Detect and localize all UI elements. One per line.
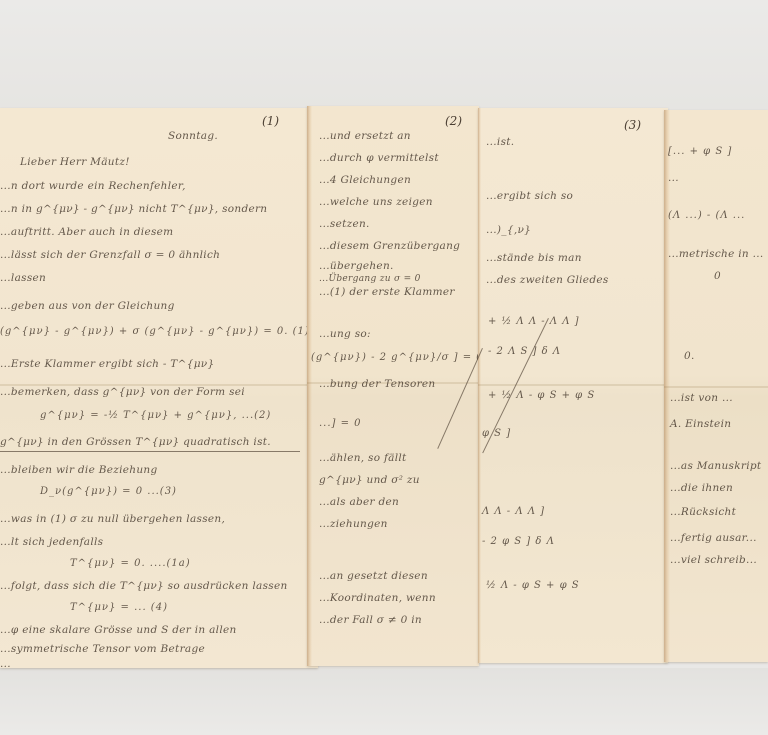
handwritten-line: ...die ihnen xyxy=(670,482,733,494)
handwritten-line: ...bemerken, dass g^{μν} von der Form se… xyxy=(0,386,245,398)
underlined-line: g^{μν} in den Grössen T^{μν} quadratisch… xyxy=(0,436,271,448)
handwritten-line: 0. xyxy=(684,350,695,362)
handwritten-line: ...)_{,ν} xyxy=(486,224,531,236)
equation: Λ Λ - Λ Λ ] xyxy=(482,506,545,517)
handwritten-line: ...(1) der erste Klammer xyxy=(319,286,455,298)
letter-page-4: [... + φ S ] ... (Λ ...) - (Λ ... ...met… xyxy=(664,110,768,662)
page-number: (3) xyxy=(624,118,641,132)
letter-page-2: (2) ...und ersetzt an ...durch φ vermitt… xyxy=(307,106,479,666)
equation-1: (g^{μν} - g^{μν}) + σ (g^{μν} - g^{μν}) … xyxy=(0,326,310,337)
handwritten-line: ...fertig ausar... xyxy=(670,532,757,544)
handwritten-line: ...als aber den xyxy=(319,496,399,508)
handwritten-line: ...symmetrische Tensor vom Betrage xyxy=(0,643,205,655)
handwritten-line: ...ist von ... xyxy=(670,392,733,404)
salutation: Lieber Herr Mäutz! xyxy=(20,156,130,168)
handwritten-line: ...Übergang zu σ = 0 xyxy=(319,274,421,284)
page-number: (2) xyxy=(445,114,462,128)
equation: + ½ Λ - φ S + φ S xyxy=(488,390,595,401)
handwritten-line: ...Erste Klammer ergibt sich - T^{μν} xyxy=(0,358,214,370)
backdrop-top xyxy=(0,0,768,110)
handwritten-line: ...setzen. xyxy=(319,218,370,230)
underline xyxy=(0,451,300,452)
equation: [... + φ S ] xyxy=(668,146,732,157)
equation: - 2 Λ S ] δ Λ xyxy=(488,346,561,357)
handwritten-line: ...Koordinaten, wenn xyxy=(319,592,436,604)
equation: ...] = 0 xyxy=(319,418,362,429)
handwritten-line: ...n in g^{μν} - g^{μν} nicht T^{μν}, so… xyxy=(0,203,267,215)
fold-crease xyxy=(478,384,668,386)
handwritten-line: ...bleiben wir die Beziehung xyxy=(0,464,157,476)
equation: (g^{μν}) - 2 g^{μν}/σ ] = 0 xyxy=(311,352,484,363)
letter-page-3: (3) ...ist. ...ergibt sich so ...)_{,ν} … xyxy=(478,108,668,663)
handwritten-line: ...folgt, dass sich die T^{μν} so ausdrü… xyxy=(0,580,288,592)
handwritten-line: ...φ eine skalare Grösse und S der in al… xyxy=(0,624,237,636)
handwritten-line: ...welche uns zeigen xyxy=(319,196,433,208)
fold-crease xyxy=(664,386,768,388)
equation: ½ Λ - φ S + φ S xyxy=(486,580,580,591)
handwritten-line: Sonntag. xyxy=(168,130,218,142)
letter-page-1: (1) Sonntag. Lieber Herr Mäutz! ...n dor… xyxy=(0,108,318,668)
handwritten-line: ...ung so: xyxy=(319,328,371,340)
equation-4: T^{μν} = ... (4) xyxy=(70,602,168,613)
handwritten-line: ... xyxy=(668,172,679,184)
handwritten-line: 0 xyxy=(714,270,721,282)
handwritten-line: ...bung der Tensoren xyxy=(319,378,435,390)
equation: (Λ ...) - (Λ ... xyxy=(668,210,745,221)
handwritten-line: ...ählen, so fällt xyxy=(319,452,407,464)
handwritten-line: ...übergehen. xyxy=(319,260,394,272)
handwritten-line: ... xyxy=(0,658,11,670)
handwritten-line: ...viel schreib... xyxy=(670,554,757,566)
equation-1a: T^{μν} = 0. ....(1a) xyxy=(70,558,191,569)
equation-2: g^{μν} = -½ T^{μν} + g^{μν}, ...(2) xyxy=(40,410,271,421)
handwritten-line: ...geben aus von der Gleichung xyxy=(0,300,175,312)
handwritten-line: ...n dort wurde ein Rechenfehler, xyxy=(0,180,186,192)
handwritten-line: ...an gesetzt diesen xyxy=(319,570,428,582)
handwritten-line: ...ziehungen xyxy=(319,518,388,530)
fold-shadow xyxy=(307,106,312,666)
handwritten-line: ...des zweiten Gliedes xyxy=(486,274,609,286)
handwritten-line: ...lässt sich der Grenzfall σ = 0 ähnlic… xyxy=(0,249,220,261)
page-number: (1) xyxy=(262,114,279,128)
handwritten-line: ...diesem Grenzübergang xyxy=(319,240,460,252)
handwritten-line: ...Rücksicht xyxy=(670,506,736,518)
equation: - 2 φ S ] δ Λ xyxy=(482,536,555,547)
handwritten-line: ...metrische in ... xyxy=(668,248,764,260)
handwritten-line: ...auftritt. Aber auch in diesem xyxy=(0,226,173,238)
handwritten-line: ...lassen xyxy=(0,272,46,284)
handwritten-line: ...ergibt sich so xyxy=(486,190,573,202)
handwritten-line: g^{μν} und σ² zu xyxy=(319,474,420,486)
backdrop-bottom xyxy=(0,668,768,735)
handwritten-line: ...und ersetzt an xyxy=(319,130,411,142)
equation: φ S ] xyxy=(482,428,511,439)
handwritten-line: ...durch φ vermittelst xyxy=(319,152,439,164)
equation: + ½ Λ Λ - Λ Λ ] xyxy=(488,316,580,327)
equation-3: D_ν(g^{μν}) = 0 ...(3) xyxy=(40,486,177,497)
handwritten-line: ...was in (1) σ zu null übergehen lassen… xyxy=(0,513,225,525)
handwritten-line: ...stände bis man xyxy=(486,252,582,264)
handwritten-line: ...as Manuskript xyxy=(670,460,761,472)
signature: A. Einstein xyxy=(670,418,731,430)
handwritten-line: ...der Fall σ ≠ 0 in xyxy=(319,614,422,626)
handwritten-line: ...lt sich jedenfalls xyxy=(0,536,103,548)
handwritten-line: ...4 Gleichungen xyxy=(319,174,411,186)
handwritten-line: ...ist. xyxy=(486,136,514,148)
